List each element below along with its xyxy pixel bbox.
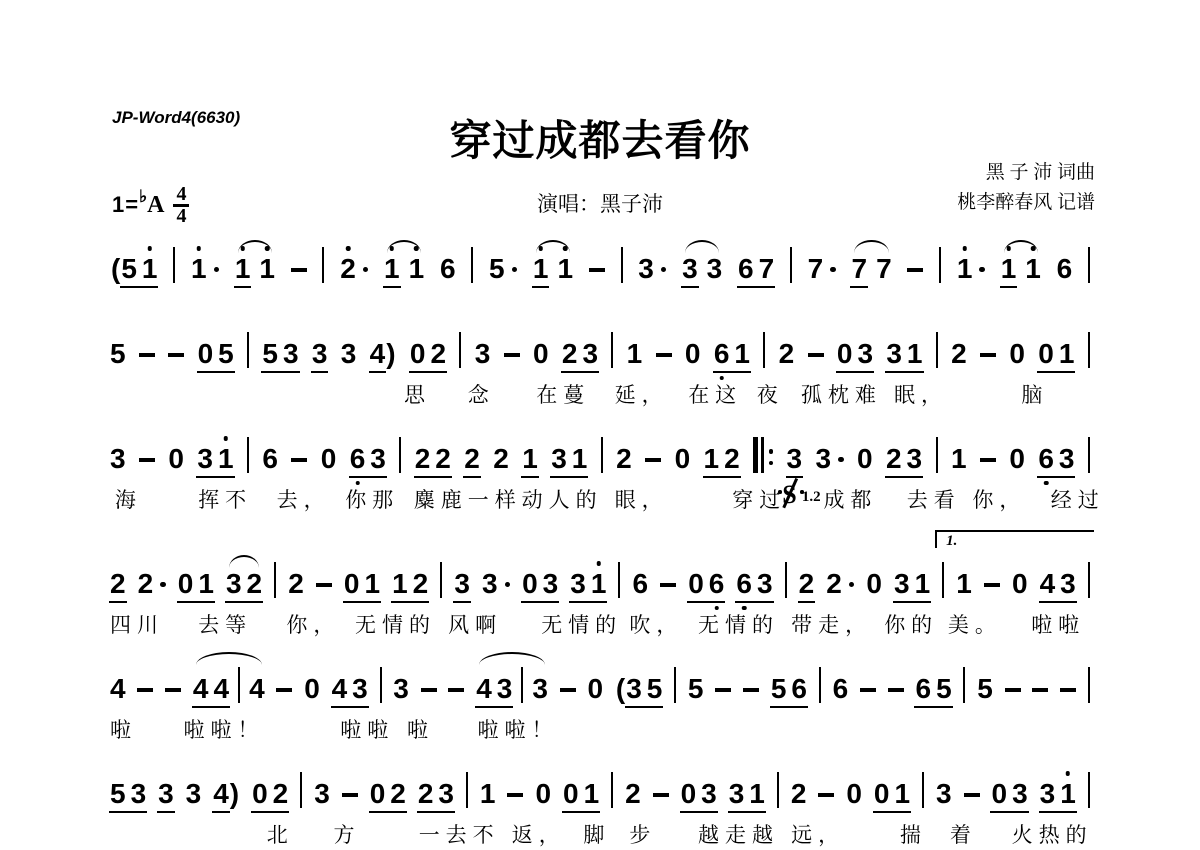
barline <box>521 667 523 703</box>
note-digit: 1 <box>259 255 275 283</box>
note-digit: 5 <box>647 675 663 703</box>
note-digit: 6 <box>791 675 807 703</box>
duration-dash <box>653 793 669 797</box>
note-digit: 2 <box>435 445 451 473</box>
note-digit: 3 <box>475 340 491 368</box>
note-digit: 4 <box>370 340 386 368</box>
lyric: 揣 <box>900 819 927 849</box>
note: 2 <box>951 340 967 368</box>
duration-dash <box>907 268 923 272</box>
note-digit: 0 <box>846 780 862 808</box>
note: 2 <box>288 570 304 598</box>
note: 5 <box>977 675 993 703</box>
duration-dash <box>342 793 358 797</box>
note: 0 <box>857 445 873 473</box>
lyrics-row: 海挥不去，你那麋鹿一样动人的眼，穿过S1.2成都去看你，经过 <box>110 484 1090 512</box>
note: 4) <box>213 780 240 808</box>
note: 1 <box>1001 255 1017 283</box>
pair-beam: 65 <box>915 675 951 703</box>
notes-row: 2201322011233033160663220311043 <box>110 557 1090 607</box>
note-digit: 3 <box>438 780 454 808</box>
note: 5 <box>489 255 517 283</box>
note-digit: 3 <box>283 340 299 368</box>
lyric: 火热的 <box>1012 819 1093 849</box>
note-digit: 1 <box>957 255 973 283</box>
barline <box>963 667 965 703</box>
barline <box>939 247 941 283</box>
duration-dash <box>660 583 676 587</box>
pair-beam: 23 <box>562 340 598 368</box>
lyric: 动人的 <box>522 484 603 514</box>
pair-beam: 05 <box>198 340 234 368</box>
barline <box>790 247 792 283</box>
note-digit: 5 <box>936 675 952 703</box>
note: 1 <box>191 255 219 283</box>
paren: ) <box>230 780 239 808</box>
notes-row: 53334)0230223100120331200130331 <box>110 767 1090 817</box>
note-digit: 0 <box>410 340 426 368</box>
note-pair: 31 <box>570 570 606 598</box>
note-digit: 3 <box>816 445 832 473</box>
note-digit: 2 <box>779 340 795 368</box>
note-digit: 0 <box>857 445 873 473</box>
note-digit: 1 <box>734 340 750 368</box>
score-line: 3031606322221312012330231063海挥不去，你那麋鹿一样动… <box>110 432 1090 512</box>
note-digit: 7 <box>808 255 824 283</box>
lyric: 你， <box>972 484 1026 514</box>
barline <box>399 437 401 473</box>
octave-dot-high <box>1066 771 1071 776</box>
note-pair: 31 <box>729 780 765 808</box>
pair-beam: 31 <box>894 570 930 598</box>
lyric: 思 <box>404 379 431 409</box>
lyrics-row: 思念在蔓延，在这夜孤枕难眠，脑 <box>110 379 1090 407</box>
note: 3 <box>110 445 126 473</box>
lyrics-row: 四川去等你，无情的风啊无情的吹，无情的带走，你的美。啦啦 <box>110 609 1090 637</box>
note-digit: 5 <box>489 255 505 283</box>
lyric: 脚 <box>583 819 610 849</box>
note: 2 <box>625 780 641 808</box>
barline <box>618 562 620 598</box>
duration-dot <box>830 267 836 273</box>
note-pair: 31 <box>1040 780 1076 808</box>
note-digit: 0 <box>198 340 214 368</box>
barline <box>274 562 276 598</box>
octave-dot-high <box>1006 246 1011 251</box>
pair-beam: 02 <box>410 340 446 368</box>
note-pair: 06 <box>688 570 724 598</box>
note-digit: 2 <box>886 445 902 473</box>
note: 2 <box>110 570 126 598</box>
note-pair: 61 <box>714 340 750 368</box>
octave-dot-high <box>240 246 245 251</box>
volta-bracket: 1. <box>935 530 1094 548</box>
note-pair: 56 <box>771 675 807 703</box>
pair-beam: 31 <box>729 780 765 808</box>
note-digit: 5 <box>121 255 137 283</box>
lyric: 你那 <box>345 484 399 514</box>
note-digit: 3 <box>454 570 470 598</box>
note: 3 <box>532 675 548 703</box>
pair-beam: 01 <box>563 780 599 808</box>
note-digit: 3 <box>110 445 126 473</box>
barline <box>459 332 461 368</box>
note: 6 <box>833 675 849 703</box>
note-digit: 0 <box>1009 340 1025 368</box>
pair-beam: 43 <box>1040 570 1076 598</box>
note-digit: 2 <box>625 780 641 808</box>
note-pair: 02 <box>252 780 288 808</box>
note-digit: 1 <box>894 780 910 808</box>
score: (51111211651133367777111650553334)023023… <box>110 242 1090 847</box>
note: 3 <box>936 780 952 808</box>
note-digit: 0 <box>685 340 701 368</box>
slur-group: 11 <box>235 255 275 283</box>
lyric: 去看 <box>907 484 961 514</box>
note-digit: 3 <box>626 675 642 703</box>
note-digit: 6 <box>736 570 752 598</box>
note-digit: 0 <box>675 445 691 473</box>
lyric: 北 <box>267 819 294 849</box>
duration-dash <box>980 458 996 462</box>
note-digit: 6 <box>440 255 456 283</box>
lyric: 越走越 <box>698 819 779 849</box>
note-digit: 3 <box>497 675 513 703</box>
lyric: 麋鹿一样 <box>414 484 522 514</box>
note-digit: 1 <box>364 570 380 598</box>
note: 2 <box>779 340 795 368</box>
barline <box>466 772 468 808</box>
duration-dash <box>888 688 904 692</box>
lyric: 啦啦 <box>340 714 394 744</box>
lyric: 吹， <box>629 609 683 639</box>
note-digit: 3 <box>551 445 567 473</box>
pair-beam: 02 <box>252 780 288 808</box>
score-line: 53334)0230223100120331200130331北方一去不返，脚步… <box>110 767 1090 847</box>
note-digit: 3 <box>131 780 147 808</box>
lyric: 四川 <box>110 609 164 639</box>
note-digit: 1 <box>627 340 643 368</box>
pair-beam: 31 <box>197 445 233 473</box>
lyric: 返， <box>512 819 566 849</box>
pair-beam: 53 <box>110 780 146 808</box>
note-pair: 12 <box>704 445 740 473</box>
note-digit: 2 <box>826 570 842 598</box>
note-digit: 0 <box>178 570 194 598</box>
paren: ) <box>386 340 395 368</box>
pair-beam: 31 <box>1040 780 1076 808</box>
note-pair: (35 <box>615 675 662 703</box>
note-pair: 31 <box>197 445 233 473</box>
note-digit: 3 <box>757 570 773 598</box>
lyric: 美。 <box>948 609 1002 639</box>
note-digit: 0 <box>304 675 320 703</box>
note-pair: 63 <box>736 570 772 598</box>
note-digit: 3 <box>370 445 386 473</box>
note-digit: 0 <box>168 445 184 473</box>
octave-dot-high <box>962 246 967 251</box>
time-signature-bottom: 4 <box>176 208 186 225</box>
octave-dot-high <box>390 246 395 251</box>
note: 1 <box>627 340 643 368</box>
duration-dash <box>589 268 605 272</box>
note-pair: 32 <box>226 570 262 598</box>
barline <box>322 247 324 283</box>
lyric: 孤枕难 <box>801 379 882 409</box>
lyric: 步 <box>629 819 656 849</box>
note-digit: 6 <box>350 445 366 473</box>
note-pair: 05 <box>198 340 234 368</box>
pair-beam: 01 <box>874 780 910 808</box>
note: 5 <box>688 675 704 703</box>
octave-dot-high <box>563 246 568 251</box>
duration-dot <box>512 267 518 273</box>
note: 0 <box>1009 445 1025 473</box>
credit-lyricist-composer: 黑 子 沛 词曲 <box>957 158 1095 188</box>
note-pair: 63 <box>1038 445 1074 473</box>
note: 3 <box>454 570 470 598</box>
note-digit: 3 <box>638 255 654 283</box>
duration-dash <box>1032 688 1048 692</box>
duration-dash <box>656 353 672 357</box>
note-digit: 7 <box>851 255 867 283</box>
note-digit: 5 <box>110 780 126 808</box>
note: 1 <box>956 570 972 598</box>
note: 3 <box>393 675 409 703</box>
notes-row: (511112116511333677771116 <box>110 242 1090 292</box>
note-digit: 1 <box>591 570 607 598</box>
pair-beam: 31 <box>886 340 922 368</box>
note-digit: 0 <box>837 340 853 368</box>
duration-dot <box>214 267 220 273</box>
duration-dot <box>661 267 667 273</box>
note-digit: 2 <box>430 340 446 368</box>
barline <box>471 247 473 283</box>
pair-beam: 03 <box>837 340 873 368</box>
pair-beam: 43 <box>476 675 512 703</box>
note: 3 <box>787 445 803 473</box>
note-digit: 1 <box>533 255 549 283</box>
lyric: 着 <box>950 819 977 849</box>
note: 3 <box>186 780 202 808</box>
lyric: 1.2 <box>802 489 821 506</box>
note-digit: 0 <box>344 570 360 598</box>
note-digit: 2 <box>288 570 304 598</box>
pair-beam: 63 <box>1038 445 1074 473</box>
note-digit: 4 <box>332 675 348 703</box>
duration-dot <box>505 582 511 588</box>
pair-beam: 01 <box>1038 340 1074 368</box>
note: 0 <box>535 780 551 808</box>
barline <box>785 562 787 598</box>
note-digit: 2 <box>247 570 263 598</box>
note-digit: 5 <box>218 340 234 368</box>
note: 5 <box>110 340 126 368</box>
note-digit: 2 <box>724 445 740 473</box>
note-digit: 3 <box>1012 780 1028 808</box>
barline <box>611 772 613 808</box>
note-pair: 01 <box>1038 340 1074 368</box>
octave-dot-high <box>1031 246 1036 251</box>
note: 2 <box>464 445 480 473</box>
notes-row: 444404334330(355566655 <box>110 662 1090 712</box>
note-pair: 23 <box>562 340 598 368</box>
duration-dash <box>560 688 576 692</box>
pair-beam: 32 <box>226 570 262 598</box>
note-digit: 3 <box>197 445 213 473</box>
slur-group: 11 <box>384 255 424 283</box>
credit-transcriber: 桃李醉春风 记谱 <box>957 188 1095 218</box>
note-digit: 2 <box>791 780 807 808</box>
note: 2 <box>138 570 166 598</box>
note-pair: 43 <box>332 675 368 703</box>
lyric: 啦 <box>407 714 434 744</box>
note-digit: 3 <box>886 340 902 368</box>
note-digit: 0 <box>1038 340 1054 368</box>
octave-dot-high <box>265 246 270 251</box>
note: 3 <box>341 340 357 368</box>
lyric: 啦 <box>110 714 137 744</box>
notes-row: 3031606322221312012330231063 <box>110 432 1090 482</box>
note-digit: 0 <box>252 780 268 808</box>
note-pair: 03 <box>522 570 558 598</box>
note-pair: 65 <box>915 675 951 703</box>
note: 4 <box>249 675 265 703</box>
key-signature: 1=♭A 4 4 <box>112 186 189 225</box>
octave-dot-high <box>346 246 351 251</box>
note: 3 <box>312 340 328 368</box>
note-digit: 2 <box>951 340 967 368</box>
note-digit: 0 <box>370 780 386 808</box>
note-digit: 1 <box>1025 255 1041 283</box>
pair-beam: 23 <box>418 780 454 808</box>
note-digit: 1 <box>749 780 765 808</box>
note-digit: 0 <box>866 570 882 598</box>
note: 1 <box>259 255 275 283</box>
note-digit: 6 <box>262 445 278 473</box>
note-digit: 2 <box>390 780 406 808</box>
key-letter: A <box>147 192 164 219</box>
time-signature-top: 4 <box>176 186 186 203</box>
duration-dash <box>743 688 759 692</box>
barline <box>1088 247 1090 283</box>
barline <box>1088 772 1090 808</box>
duration-dot <box>363 267 369 273</box>
note-pair: (51 <box>110 255 157 283</box>
note: 3 <box>638 255 666 283</box>
barline <box>777 772 779 808</box>
note-digit: 3 <box>186 780 202 808</box>
lyric: 夜 <box>757 379 784 409</box>
duration-dash <box>860 688 876 692</box>
note-digit: 3 <box>532 675 548 703</box>
note: 1 <box>1025 255 1041 283</box>
note: 0 <box>588 675 604 703</box>
note-digit: 0 <box>991 780 1007 808</box>
note-digit: 3 <box>1040 780 1056 808</box>
note: 3 <box>816 445 844 473</box>
note-digit: 2 <box>799 570 815 598</box>
note-digit: 0 <box>535 780 551 808</box>
note-digit: 1 <box>235 255 251 283</box>
note-digit: 2 <box>415 445 431 473</box>
note-pair: 01 <box>178 570 214 598</box>
duration-dash <box>291 458 307 462</box>
note: 0 <box>846 780 862 808</box>
note-digit: 4 <box>1040 570 1056 598</box>
key-prefix: 1= <box>112 192 139 218</box>
score-line: (511112116511333677771116 <box>110 242 1090 292</box>
duration-dash <box>507 793 523 797</box>
pair-beam: 67 <box>738 255 774 283</box>
pair-beam: 43 <box>332 675 368 703</box>
duration-dash <box>448 688 464 692</box>
lyric: 无情的 <box>355 609 436 639</box>
note-digit: 3 <box>226 570 242 598</box>
note-pair: 23 <box>418 780 454 808</box>
octave-dot-high <box>147 246 152 251</box>
barline <box>1088 562 1090 598</box>
lyrics-row: 啦啦啦！啦啦啦啦啦！ <box>110 714 1090 742</box>
score-line: 50553334)0230231061203312001思念在蔓延，在这夜孤枕难… <box>110 327 1090 407</box>
note-digit: 3 <box>341 340 357 368</box>
note: 0 <box>866 570 882 598</box>
note-digit: 1 <box>557 255 573 283</box>
note-digit: 4 <box>110 675 126 703</box>
note-digit: 0 <box>588 675 604 703</box>
pair-beam: 01 <box>344 570 380 598</box>
lyric: 啦啦 <box>1031 609 1085 639</box>
volta-label: 1. <box>937 534 957 549</box>
note-digit: 2 <box>110 570 126 598</box>
duration-dot <box>838 457 844 463</box>
note: 2 <box>493 445 509 473</box>
note-digit: 1 <box>480 780 496 808</box>
note: 2 <box>799 570 815 598</box>
duration-dash <box>139 353 155 357</box>
note-digit: 1 <box>1001 255 1017 283</box>
note-digit: 1 <box>907 340 923 368</box>
pair-beam: 31 <box>551 445 587 473</box>
note-digit: 3 <box>158 780 174 808</box>
barline <box>922 772 924 808</box>
slur-group: 444 <box>193 667 265 703</box>
note: 2 <box>340 255 368 283</box>
paren: ( <box>111 255 120 283</box>
note-pair: 31 <box>886 340 922 368</box>
duration-dash <box>984 583 1000 587</box>
barline <box>173 247 175 283</box>
note: 7 <box>808 255 836 283</box>
duration-dot <box>160 582 166 588</box>
note: 0 <box>321 445 337 473</box>
lyric: 海 <box>115 484 142 514</box>
note-pair: 23 <box>886 445 922 473</box>
lyric: 你的 <box>884 609 938 639</box>
pair-beam: 35 <box>626 675 662 703</box>
pair-beam: 63 <box>736 570 772 598</box>
score-line: 1.2201322011233033160663220311043四川去等你，无… <box>110 557 1090 637</box>
duration-dash <box>808 353 824 357</box>
lyric: 无情的 <box>698 609 779 639</box>
slur-group: 77 <box>851 255 891 283</box>
note-digit: 2 <box>340 255 356 283</box>
duration-dot <box>979 267 985 273</box>
duration-dash <box>168 353 184 357</box>
duration-dash <box>1060 688 1076 692</box>
lyric: 远， <box>791 819 845 849</box>
note: 3 <box>682 255 698 283</box>
